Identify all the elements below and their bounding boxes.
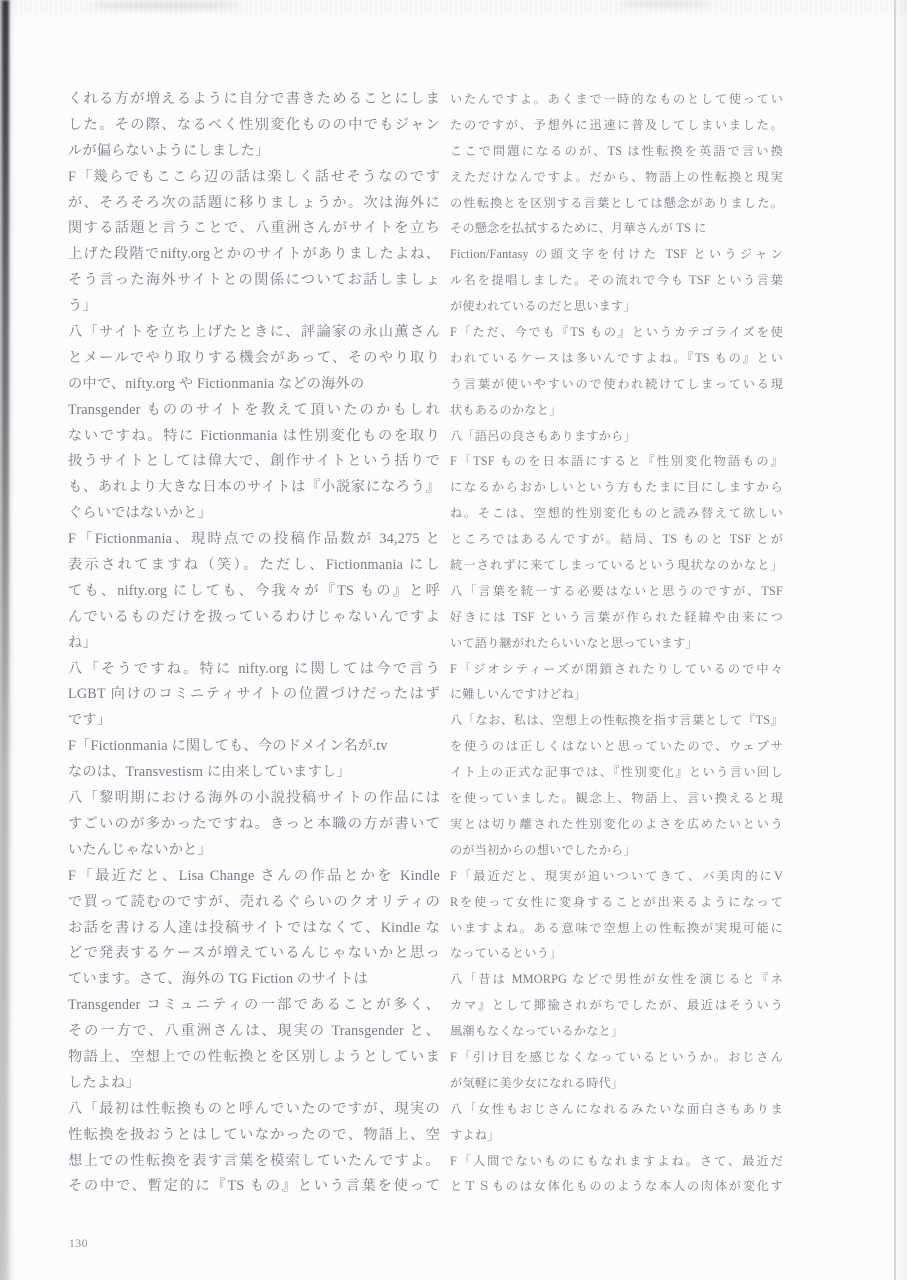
scan-noise-top xyxy=(0,0,907,15)
text-line: 性転換を扱おうとはしていなかったので、物語上、空 xyxy=(68,1123,440,1149)
text-line: を使っていました。観念上、物語上、言い換えると現 xyxy=(450,786,783,812)
text-line: のが当初からの想いでしたから」 xyxy=(450,838,783,864)
text-line: くれる方が増えるように自分で書きためることにしま xyxy=(68,87,440,113)
text-column-right: いたんですよ。あくまで一時的なものとして使っていたのですが、予想外に迅速に普及し… xyxy=(450,87,783,1200)
scan-edge-shadow-left xyxy=(0,0,15,1280)
text-line: う」 xyxy=(68,294,440,320)
text-line: 表示されてますね（笑）。ただし、Fictionmania にし xyxy=(68,553,440,579)
text-line: とメールでやり取りする機会があって、そのやり取り xyxy=(68,346,440,372)
text-line: したよね」 xyxy=(68,1071,440,1097)
text-line: カマ』として揶揄されがちでしたが、最近はそういう xyxy=(450,993,783,1019)
text-line: 八「女性もおじさんになれるみたいな面白さもありま xyxy=(450,1097,783,1123)
text-line: も、あれより大きな日本のサイトは『小説家になろう』 xyxy=(68,475,440,501)
text-line: 統一されずに来てしまっているという現状なのかなと」 xyxy=(450,553,783,579)
text-line: ぐらいではないかと」 xyxy=(68,501,440,527)
scan-edge-dark-strip xyxy=(2,0,9,1280)
text-line: Fiction/Fantasy の頭文字を付けた TSF というジャン xyxy=(450,242,783,268)
text-line: たのですが、予想外に迅速に普及してしまいました。 xyxy=(450,113,783,139)
text-line: なっているという」 xyxy=(450,941,783,967)
text-line: その一方で、八重洲さんは、現実の Transgender と、 xyxy=(68,1019,440,1045)
text-line: えただけなんですよ。だから、物語上の性転換と現実 xyxy=(450,165,783,191)
text-line: 八「最初は性転換ものと呼んでいたのですが、現実の xyxy=(68,1097,440,1123)
text-line: F「TSF ものを日本語にすると『性別変化物語もの』 xyxy=(450,449,783,475)
text-line: イト上の正式な記事では、『性別変化』という言い回し xyxy=(450,760,783,786)
text-line: F「幾らでもここら辺の話は楽しく話せそうなのです xyxy=(68,165,440,191)
text-line: 扱うサイトとしては偉大で、創作サイトという括りで xyxy=(68,449,440,475)
text-line: 想上での性転換を表す言葉を模索していたんですよ。 xyxy=(68,1149,440,1175)
text-line: が気軽に美少女になれる時代」 xyxy=(450,1071,783,1097)
text-line: F「最近だと、現実が追いついてきて、バ美肉的にV xyxy=(450,864,783,890)
scan-edge-line-right xyxy=(894,0,896,1280)
text-line: 八「そうですね。特に nifty.org に関しては今で言う xyxy=(68,657,440,683)
text-line: に難しいんですけどね」 xyxy=(450,682,783,708)
text-line: 実とは切り離された性別変化のよさを広めたいという xyxy=(450,812,783,838)
text-line: 関する話題と言うことで、八重洲さんがサイトを立ち xyxy=(68,216,440,242)
text-line: Transgender もののサイトを教えて頂いたのかもしれ xyxy=(68,398,440,424)
text-line: う言葉が使いやすいので使われ続けてしまっている現 xyxy=(450,372,783,398)
page-number: 130 xyxy=(69,1238,88,1250)
text-line: 風潮もなくなっているかなと」 xyxy=(450,1019,783,1045)
scan-smudge xyxy=(90,1,240,9)
text-line: なのは、Transvestism に由来していますし」 xyxy=(68,760,440,786)
text-line: ね」 xyxy=(68,631,440,657)
text-line: ここで問題になるのが、TS は性転換を英語で言い換 xyxy=(450,139,783,165)
text-line: F「最近だと、Lisa Change さんの作品とかを Kindle xyxy=(68,864,440,890)
text-line: 八「昔は MMORPG などで男性が女性を演じると『ネ xyxy=(450,967,783,993)
text-line: になるからおかしいという方もたまに目にしますから xyxy=(450,475,783,501)
text-line: F「引け目を感じなくなっているというか。おじさん xyxy=(450,1045,783,1071)
text-line: 好きには TSF という言葉が作られた経緯や由来につ xyxy=(450,605,783,631)
text-line: 状もあるのかなと」 xyxy=(450,398,783,424)
text-line: F「ジオシティーズが閉鎖されたりしているので中々 xyxy=(450,657,783,683)
text-line: いますよね。ある意味で空想上の性転換が実現可能に xyxy=(450,916,783,942)
text-line: F「ただ、今でも『TS もの』というカテゴライズを使 xyxy=(450,320,783,346)
text-line: 八「黎明期における海外の小説投稿サイトの作品には xyxy=(68,786,440,812)
text-line: Rを使って女性に変身することが出来るようになって xyxy=(450,890,783,916)
text-line: F「人間でないものにもなれますよね。さて、最近だ xyxy=(450,1149,783,1175)
book-page: くれる方が増えるように自分で書きためることにしました。その際、なるべく性別変化も… xyxy=(0,0,907,1280)
text-line: その中で、暫定的に『TS もの』という言葉を使って xyxy=(68,1174,440,1200)
text-line: ています。さて、海外の TG Fiction のサイトは xyxy=(68,967,440,993)
text-line: LGBT 向けのコミニティサイトの位置づけだったはず xyxy=(68,682,440,708)
text-line: お話を書ける人達は投稿サイトではなくて、Kindle な xyxy=(68,916,440,942)
text-line: F「Fictionmania に関しても、今のドメイン名が.tv xyxy=(68,734,440,760)
text-line: を使うのは正しくはないと思っていたので、ウェブサ xyxy=(450,734,783,760)
text-line: が、そろそろ次の話題に移りましょうか。次は海外に xyxy=(68,191,440,217)
text-line: どで発表するケースが増えているんじゃないかと思っ xyxy=(68,941,440,967)
text-line: んでいるものだけを扱っているわけじゃないんですよ xyxy=(68,605,440,631)
text-line: 物語上、空想上での性転換とを区別しようとしていま xyxy=(68,1045,440,1071)
scan-smudge xyxy=(618,0,713,7)
text-line: F「Fictionmania、現時点での投稿作品数が 34,275 と xyxy=(68,527,440,553)
text-line: ル名を提唱しました。その流れで今も TSF という言葉 xyxy=(450,268,783,294)
text-line: の中で、nifty.org や Fictionmania などの海外の xyxy=(68,372,440,398)
text-line: です」 xyxy=(68,708,440,734)
text-column-left: くれる方が増えるように自分で書きためることにしました。その際、なるべく性別変化も… xyxy=(68,87,440,1200)
text-line: 八「言葉を統一する必要はないと思うのですが、TSF xyxy=(450,579,783,605)
text-line: その懸念を払拭するために、月華さんが TS に xyxy=(450,216,783,242)
text-line: の性転換とを区別する言葉としては懸念がありました。 xyxy=(450,191,783,217)
text-line: ないですね。特に Fictionmania は性別変化ものを取り xyxy=(68,424,440,450)
text-line: した。その際、なるべく性別変化ものの中でもジャン xyxy=(68,113,440,139)
text-line: そう言った海外サイトとの関係についてお話しましょ xyxy=(68,268,440,294)
text-line: われているケースは多いんですよね。『TS もの』とい xyxy=(450,346,783,372)
scan-edge-shadow-right xyxy=(893,0,907,1280)
text-line: ルが偏らないようにしました」 xyxy=(68,139,440,165)
text-line: 八「なお、私は、空想上の性転換を指す言葉として『TS』 xyxy=(450,708,783,734)
text-line: いて語り継がれたらいいなと思っています」 xyxy=(450,631,783,657)
text-line: で買って読むのですが、売れるぐらいのクオリティの xyxy=(68,890,440,916)
text-line: いたんですよ。あくまで一時的なものとして使ってい xyxy=(450,87,783,113)
text-line: が使われているのだと思います」 xyxy=(450,294,783,320)
text-line: ね。そこは、空想的性別変化ものと読み替えて欲しい xyxy=(450,501,783,527)
text-line: すよね」 xyxy=(450,1123,783,1149)
text-line: すごいのが多かったですね。きっと本職の方が書いて xyxy=(68,812,440,838)
text-line: 八「語呂の良さもありますから」 xyxy=(450,424,783,450)
text-line: Transgender コミュニティの一部であることが多く、 xyxy=(68,993,440,1019)
text-line: ところではあるんですが。結局、TS ものと TSF とが xyxy=(450,527,783,553)
text-line: いたんじゃないかと」 xyxy=(68,838,440,864)
text-line: 八「サイトを立ち上げたときに、評論家の永山薫さん xyxy=(68,320,440,346)
text-line: ても、nifty.org にしても、今我々が『TS もの』と呼 xyxy=(68,579,440,605)
text-line: とＴＳものは女体化もののような本人の肉体が変化す xyxy=(450,1174,783,1200)
text-line: 上げた段階でnifty.orgとかのサイトがありましたよね、 xyxy=(68,242,440,268)
